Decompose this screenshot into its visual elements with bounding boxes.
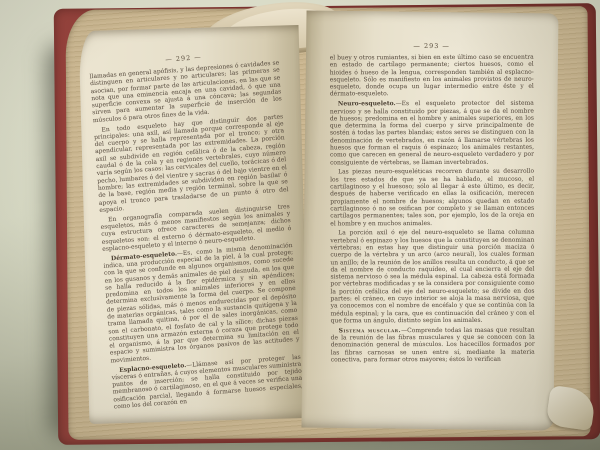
paragraph: Las piezas neuro-esqueléticas recorren d…	[330, 168, 534, 227]
right-page-content: — 293 — el buey y otros rumiantes, si bi…	[330, 42, 535, 366]
left-page: — 292 — llamadas en general apófisis, y …	[79, 25, 310, 424]
right-page-number: — 293 —	[330, 42, 534, 51]
right-page-text: el buey y otros rumiantes, si bien en es…	[330, 54, 535, 364]
run-in-heading: Neuro-esqueleto.	[338, 100, 396, 107]
right-page: — 293 — el buey y otros rumiantes, si bi…	[301, 10, 558, 430]
paragraph: Neuro-esqueleto.—Es el esqueleto protect…	[330, 100, 534, 166]
photo-of-open-book: — 292 — llamadas en general apófisis, y …	[0, 0, 600, 450]
run-in-heading: Sistema muscular.	[339, 327, 401, 334]
paragraph: Dérmato-esqueleto.—Es, como la misma den…	[103, 242, 301, 365]
paragraph: el buey y otros rumiantes, si bien en es…	[330, 54, 534, 98]
paragraph: La porción axil ó eje del neuro-esquelet…	[330, 229, 534, 325]
paragraph: Sistema muscular.—Comprende todas las ma…	[331, 326, 535, 363]
left-page-text: llamadas en general apófisis, y las depr…	[89, 59, 303, 410]
left-page-content: — 292 — llamadas en general apófisis, y …	[88, 47, 303, 413]
paragraph: En todo esqueleto hay que distinguir dos…	[93, 113, 289, 214]
